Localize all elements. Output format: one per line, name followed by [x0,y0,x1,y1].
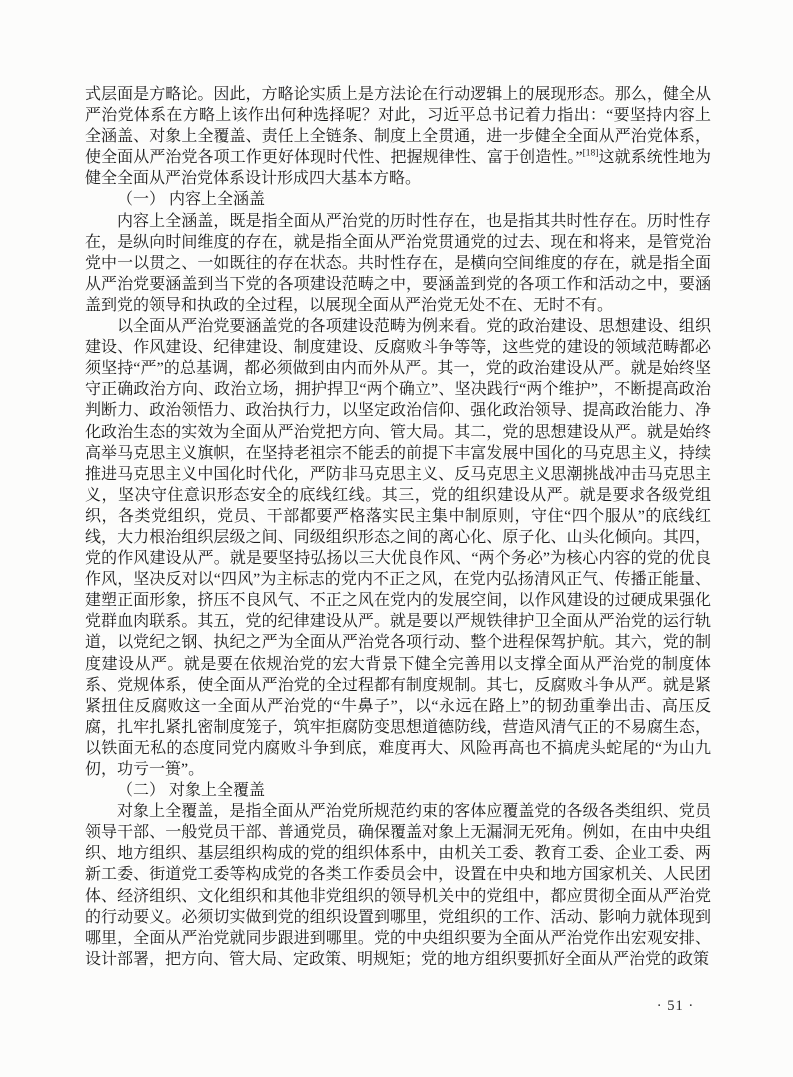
paragraph-1: 内容上全涵盖，既是指全面从严治党的历时性存在，也是指其共时性存在。历时性存在，是… [85,211,711,316]
text-block: 式层面是方略论。因此，方略论实质上是方法论在行动逻辑上的展现形态。那么，健全从严… [85,84,711,970]
paragraph-continuation: 式层面是方略论。因此，方略论实质上是方法论在行动逻辑上的展现形态。那么，健全从严… [85,84,711,189]
page-number: · 51 · [640,998,711,1015]
citation-ref-18: [18] [583,149,599,159]
section-heading-2: （二） 对象上全覆盖 [85,780,711,801]
paragraph-3: 对象上全覆盖，是指全面从严治党所规范约束的客体应覆盖党的各级各类组织、党员领导干… [85,801,711,970]
document-page: 式层面是方略论。因此，方略论实质上是方法论在行动逻辑上的展现形态。那么，健全从严… [0,0,793,1077]
paragraph-2: 以全面从严治党要涵盖党的各项建设范畴为例来看。党的政治建设、思想建设、组织建设、… [85,316,711,780]
section-heading-1: （一） 内容上全涵盖 [85,189,711,210]
